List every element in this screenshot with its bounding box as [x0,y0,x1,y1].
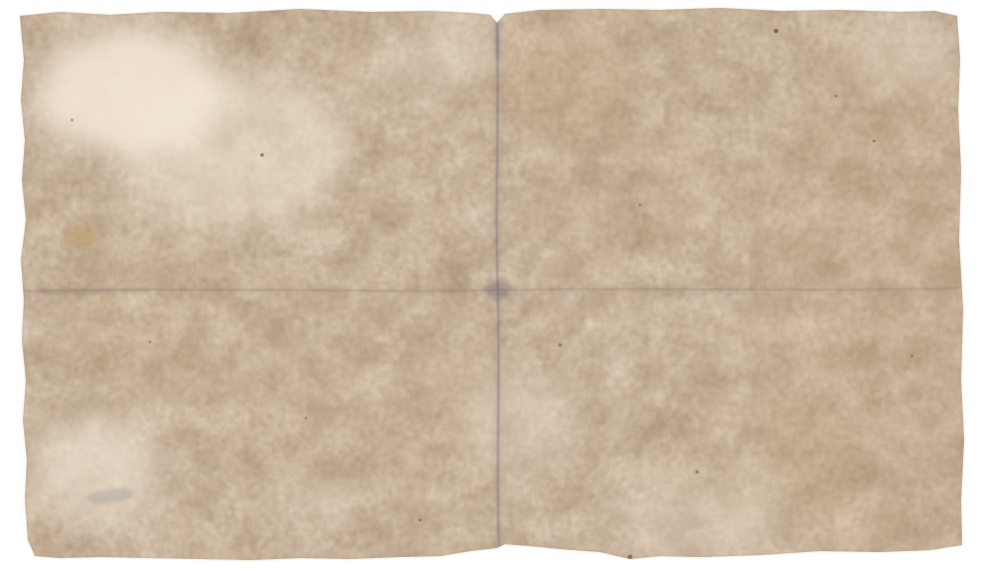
scanned-note-image [0,0,1000,574]
paper-surface [0,0,1000,574]
scanner-background [0,0,1000,574]
crease-intersection-smudge [484,280,512,300]
yellow-stain [62,224,98,248]
